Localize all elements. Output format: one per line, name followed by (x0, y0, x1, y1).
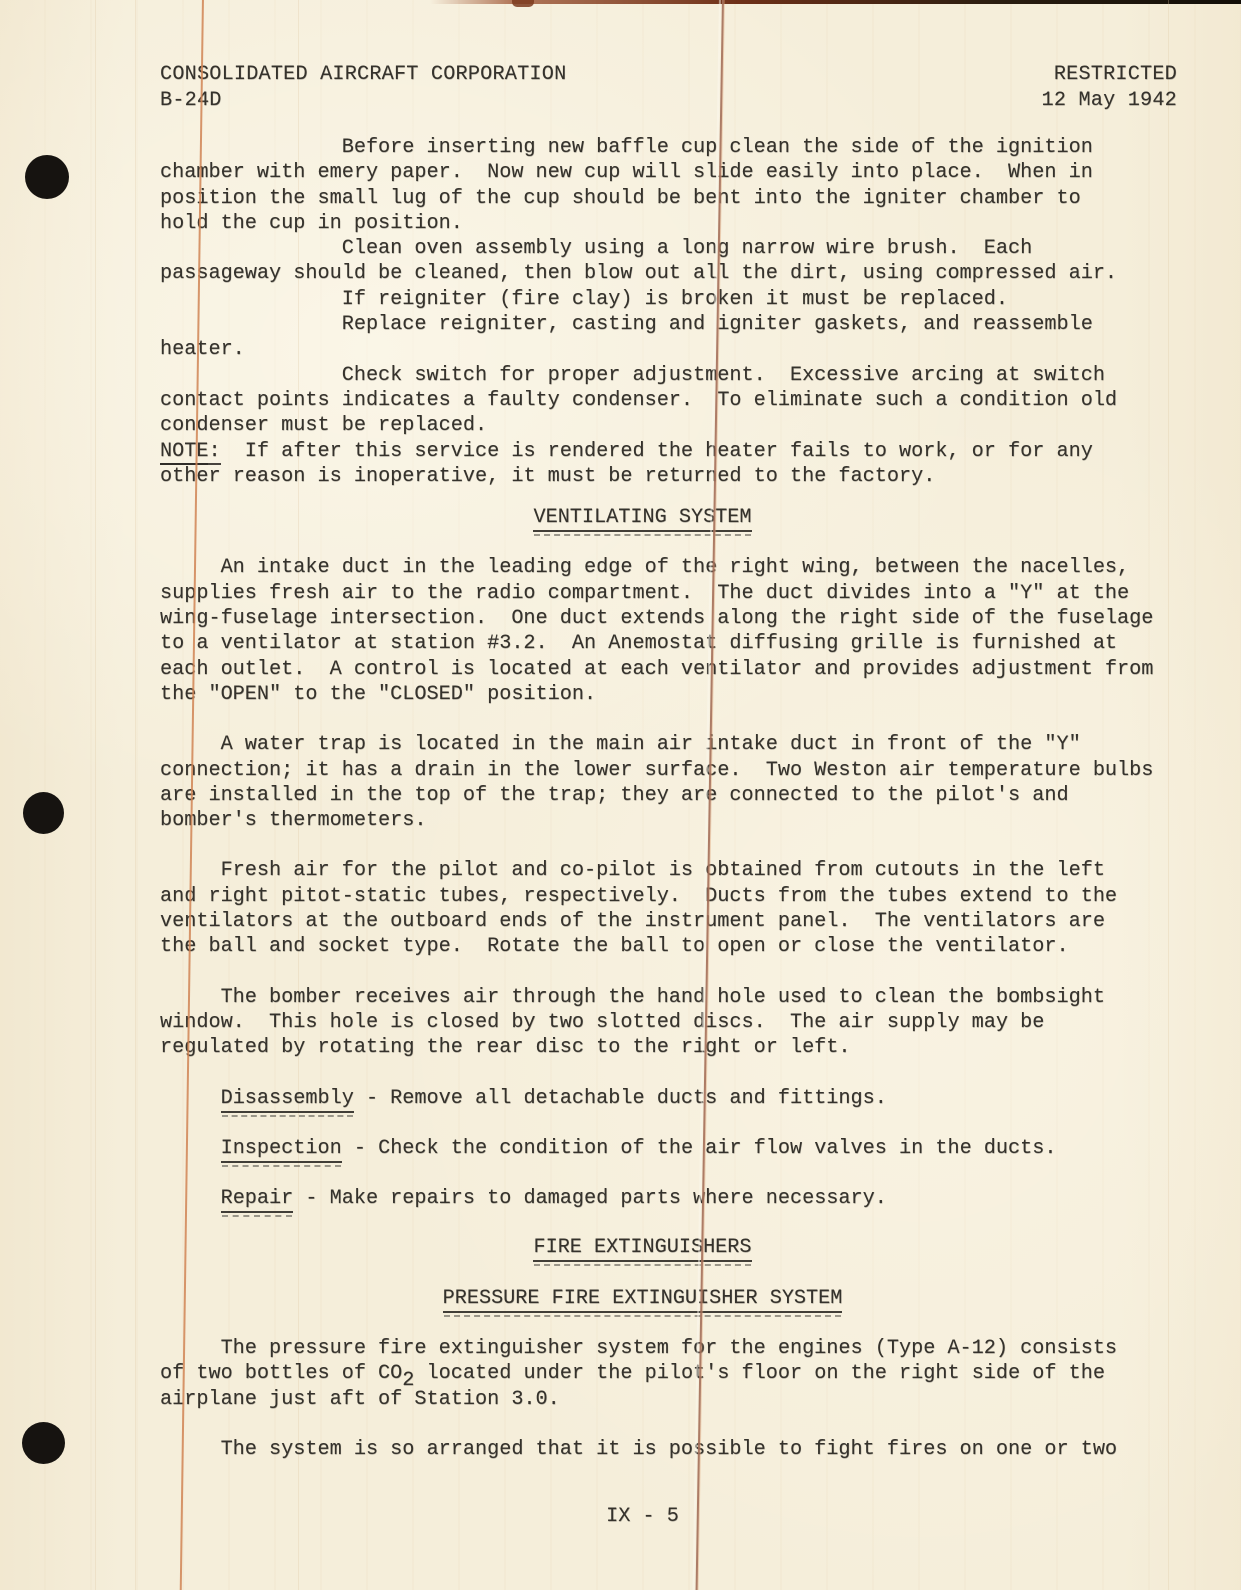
header-left: CONSOLIDATED AIRCRAFT CORPORATION B-24D (160, 62, 566, 114)
text-line: The pressure fire extinguisher system fo… (160, 1336, 1125, 1361)
text-line: PRESSURE FIRE EXTINGUISHER SYSTEM (160, 1286, 1125, 1311)
paper-streak (95, 0, 96, 1590)
paragraph-replace-reigniter: Replace reigniter, casting and igniter g… (160, 312, 1125, 363)
text-line: If reigniter (fire clay) is broken it mu… (160, 287, 1125, 312)
text-line: condenser must be replaced. (160, 413, 1125, 438)
paragraph-clean-oven: Clean oven assembly using a long narrow … (160, 236, 1125, 287)
text-line: the "OPEN" to the "CLOSED" position. (160, 682, 1125, 707)
paragraph-system-arranged: The system is so arranged that it is pos… (160, 1437, 1125, 1462)
text-line: An intake duct in the leading edge of th… (160, 555, 1125, 580)
text-line: Fresh air for the pilot and co-pilot is … (160, 858, 1125, 883)
text-line: VENTILATING SYSTEM (160, 505, 1125, 530)
text-line: ventilators at the outboard ends of the … (160, 909, 1125, 934)
text-line: and right pitot-static tubes, respective… (160, 884, 1125, 909)
punch-hole (25, 155, 69, 199)
text-line: FIRE EXTINGUISHERS (160, 1235, 1125, 1260)
page-header: CONSOLIDATED AIRCRAFT CORPORATION B-24D … (160, 62, 1177, 114)
text-line: Check switch for proper adjustment. Exce… (160, 363, 1125, 388)
text-line: are installed in the top of the trap; th… (160, 783, 1125, 808)
text-line: passageway should be cleaned, then blow … (160, 261, 1125, 286)
page-number: IX - 5 (160, 1504, 1125, 1529)
header-right: RESTRICTED 12 May 1942 (1042, 62, 1177, 114)
heading-fire-extinguishers: FIRE EXTINGUISHERS (160, 1235, 1125, 1260)
text-line: heater. (160, 337, 1125, 362)
text-line: supplies fresh air to the radio compartm… (160, 581, 1125, 606)
paper-streak (1168, 0, 1169, 1590)
paper-streak (135, 0, 136, 1590)
company-name: CONSOLIDATED AIRCRAFT CORPORATION (160, 62, 566, 88)
document-body: Before inserting new baffle cup clean th… (160, 135, 1125, 1529)
paragraph-check-switch: Check switch for proper adjustment. Exce… (160, 363, 1125, 439)
punch-hole (22, 1422, 65, 1464)
paragraph-water-trap: A water trap is located in the main air … (160, 732, 1125, 833)
text-line: hold the cup in position. (160, 211, 1125, 236)
paragraph-reigniter: If reigniter (fire clay) is broken it mu… (160, 287, 1125, 312)
text-line: airplane just aft of Station 3.0. (160, 1387, 1125, 1412)
paragraph-intake-duct: An intake duct in the leading edge of th… (160, 555, 1125, 707)
paragraph-pressure-system: The pressure fire extinguisher system fo… (160, 1336, 1125, 1412)
scan-edge-shadow (430, 0, 1241, 4)
text-line: Inspection - Check the condition of the … (160, 1136, 1125, 1161)
text-line: of two bottles of CO2 located under the … (160, 1361, 1125, 1386)
punch-hole (23, 792, 64, 834)
text-line: NOTE: If after this service is rendered … (160, 439, 1125, 464)
text-line: each outlet. A control is located at eac… (160, 657, 1125, 682)
heading-ventilating-system: VENTILATING SYSTEM (160, 505, 1125, 530)
item-inspection: Inspection - Check the condition of the … (160, 1136, 1125, 1161)
text-line: IX - 5 (160, 1504, 1125, 1529)
document-date: 12 May 1942 (1042, 88, 1177, 114)
item-repair: Repair - Make repairs to damaged parts w… (160, 1186, 1125, 1211)
text-line: other reason is inoperative, it must be … (160, 464, 1125, 489)
text-line: The bomber receives air through the hand… (160, 985, 1125, 1010)
text-line: Before inserting new baffle cup clean th… (160, 135, 1125, 160)
text-line: position the small lug of the cup should… (160, 186, 1125, 211)
text-line: chamber with emery paper. Now new cup wi… (160, 160, 1125, 185)
text-line: connection; it has a drain in the lower … (160, 758, 1125, 783)
text-line: Replace reigniter, casting and igniter g… (160, 312, 1125, 337)
paragraph-baffle-cup: Before inserting new baffle cup clean th… (160, 135, 1125, 236)
text-line: A water trap is located in the main air … (160, 732, 1125, 757)
heading-pressure-fire-extinguisher-system: PRESSURE FIRE EXTINGUISHER SYSTEM (160, 1286, 1125, 1311)
text-line: the ball and socket type. Rotate the bal… (160, 934, 1125, 959)
paragraph-bomber-air: The bomber receives air through the hand… (160, 985, 1125, 1061)
text-line: The system is so arranged that it is pos… (160, 1437, 1125, 1462)
text-line: window. This hole is closed by two slott… (160, 1010, 1125, 1035)
aircraft-model: B-24D (160, 88, 566, 114)
text-line: Clean oven assembly using a long narrow … (160, 236, 1125, 261)
text-line: Repair - Make repairs to damaged parts w… (160, 1186, 1125, 1211)
text-line: bomber's thermometers. (160, 808, 1125, 833)
text-line: regulated by rotating the rear disc to t… (160, 1035, 1125, 1060)
text-line: contact points indicates a faulty conden… (160, 388, 1125, 413)
classification-marking: RESTRICTED (1042, 62, 1177, 88)
paragraph-fresh-air: Fresh air for the pilot and co-pilot is … (160, 858, 1125, 959)
item-disassembly: Disassembly - Remove all detachable duct… (160, 1086, 1125, 1111)
scanned-page: CONSOLIDATED AIRCRAFT CORPORATION B-24D … (0, 0, 1241, 1590)
note: NOTE: If after this service is rendered … (160, 439, 1125, 490)
text-line: to a ventilator at station #3.2. An Anem… (160, 631, 1125, 656)
text-line: Disassembly - Remove all detachable duct… (160, 1086, 1125, 1111)
scan-edge-smudge (512, 0, 534, 7)
text-line: wing-fuselage intersection. One duct ext… (160, 606, 1125, 631)
